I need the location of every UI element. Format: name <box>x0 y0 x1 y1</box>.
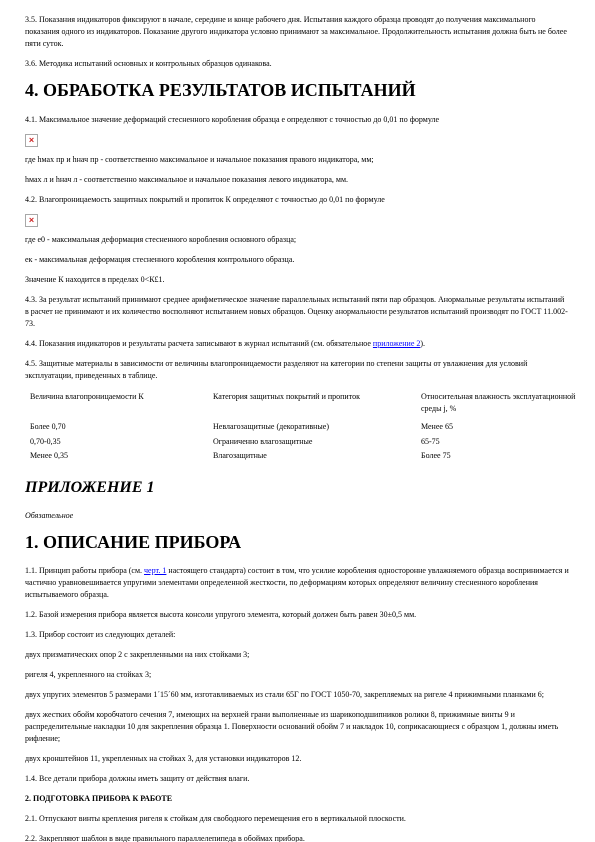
formula-2-container: × <box>25 214 570 227</box>
table-header-k-value: Величина влагопроницаемости К <box>30 390 213 421</box>
para-1-1-text-before: 1.1. Принцип работы прибора (см. <box>25 566 144 575</box>
device-detail-item: ригеля 4, укрепленного на стойках 3; <box>25 669 570 681</box>
para-1-1: 1.1. Принцип работы прибора (см. черт. 1… <box>25 565 570 601</box>
table-cell-humidity: Более 75 <box>421 449 594 463</box>
broken-image-icon: × <box>25 214 38 227</box>
table-header-row: Величина влагопроницаемости К Категория … <box>30 390 594 421</box>
table-cell-category: Ограниченно влагозащитные <box>213 435 421 449</box>
broken-image-x-glyph: × <box>29 216 34 225</box>
para-1-2: 1.2. Базой измерения прибора является вы… <box>25 609 570 621</box>
para-4-4-text-after: ). <box>420 339 425 348</box>
formula-2-legend-ek: ек - максимальная деформация стесненного… <box>25 254 570 266</box>
section-2-heading: 2. ПОДГОТОВКА ПРИБОРА К РАБОТЕ <box>25 793 570 805</box>
device-detail-item: двух жестких обойм коробчатого сечения 7… <box>25 709 570 745</box>
table-cell-k: Более 0,70 <box>30 420 213 434</box>
device-detail-item: двух кронштейнов 11, укрепленных на стой… <box>25 753 570 765</box>
table-header-category: Категория защитных покрытий и пропиток <box>213 390 421 421</box>
broken-image-icon: × <box>25 134 38 147</box>
para-1-4: 1.4. Все детали прибора должны иметь защ… <box>25 773 570 785</box>
para-3-5: 3.5. Показания индикаторов фиксируют в н… <box>25 14 570 50</box>
para-4-2: 4.2. Влагопроницаемость защитных покрыти… <box>25 194 570 206</box>
table-cell-category: Невлагозащитные (декоративные) <box>213 420 421 434</box>
link-chert-1[interactable]: черт. 1 <box>144 566 166 575</box>
para-4-5: 4.5. Защитные материалы в зависимости от… <box>25 358 570 382</box>
section-4-heading: 4. ОБРАБОТКА РЕЗУЛЬТАТОВ ИСПЫТАНИЙ <box>25 80 570 102</box>
para-3-6: 3.6. Методика испытаний основных и контр… <box>25 58 570 70</box>
para-1-3: 1.3. Прибор состоит из следующих деталей… <box>25 629 570 641</box>
para-4-4: 4.4. Показания индикаторов и результаты … <box>25 338 570 350</box>
table-cell-humidity: Менее 65 <box>421 420 594 434</box>
formula-1-legend-left: hмах л и hнач л - соответственно максима… <box>25 174 570 186</box>
table-cell-k: Менее 0,35 <box>30 449 213 463</box>
para-2-1: 2.1. Отпускают винты крепления ригеля к … <box>25 813 570 825</box>
appendix-1-title: ПРИЛОЖЕНИЕ 1 <box>25 476 570 500</box>
formula-1-legend-right: где hмах пр и hнач пр - соответственно м… <box>25 154 570 166</box>
para-4-1: 4.1. Максимальное значение деформаций ст… <box>25 114 570 126</box>
table-row: Более 0,70 Невлагозащитные (декоративные… <box>30 420 594 434</box>
table-header-humidity: Относительная влажность эксплуатационной… <box>421 390 594 421</box>
table-cell-k: 0,70-0,35 <box>30 435 213 449</box>
link-prilozhenie-2[interactable]: приложение 2 <box>373 339 420 348</box>
para-4-4-text-before: 4.4. Показания индикаторов и результаты … <box>25 339 373 348</box>
para-2-2: 2.2. Закрепляют шаблон в виде правильног… <box>25 833 570 842</box>
table-row: Менее 0,35 Влагозащитные Более 75 <box>30 449 594 463</box>
formula-1-container: × <box>25 134 570 147</box>
device-detail-item: двух призматических опор 2 с закрепленны… <box>25 649 570 661</box>
moisture-category-table: Величина влагопроницаемости К Категория … <box>30 390 594 464</box>
appendix-obligatory-note: Обязательное <box>25 510 570 522</box>
broken-image-x-glyph: × <box>29 136 34 145</box>
device-detail-item: двух упругих элементов 5 размерами 1´15´… <box>25 689 570 701</box>
section-1-heading: 1. ОПИСАНИЕ ПРИБОРА <box>25 532 570 554</box>
table-cell-category: Влагозащитные <box>213 449 421 463</box>
formula-2-legend-e0: где е0 - максимальная деформация стеснен… <box>25 234 570 246</box>
table-cell-humidity: 65-75 <box>421 435 594 449</box>
para-4-3: 4.3. За результат испытаний принимают ср… <box>25 294 570 330</box>
table-row: 0,70-0,35 Ограниченно влагозащитные 65-7… <box>30 435 594 449</box>
k-range-note: Значение К находится в пределах 0<К£1. <box>25 274 570 286</box>
